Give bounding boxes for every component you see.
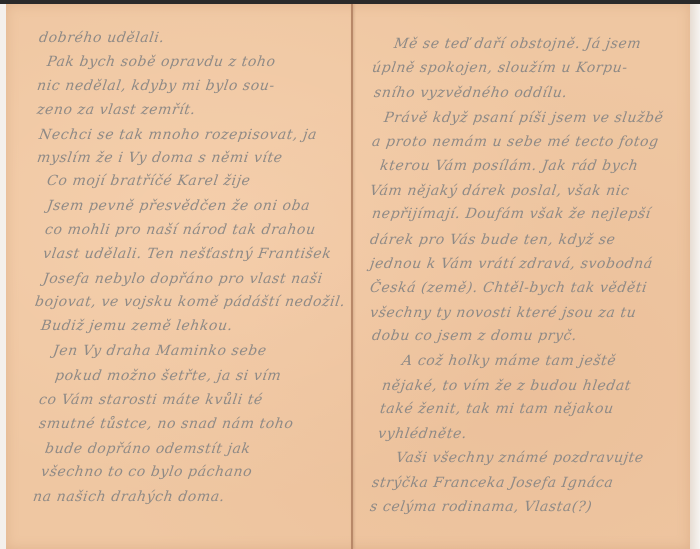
left-page-line: Jsem pevně přesvědčen že oni oba [46, 198, 311, 214]
left-page-line: co mohli pro naší národ tak drahou [44, 222, 317, 238]
left-page-line: Josefa nebylo dopřáno pro vlast naši [42, 271, 324, 287]
right-page-line: úplně spokojen, sloužím u Korpu- [371, 60, 629, 76]
right-page-line: kterou Vám posílám. Jak rád bych [379, 158, 639, 174]
right-page-line: Česká (země). Chtěl-bych tak věděti [369, 280, 648, 296]
left-page-line: smutné tůstce, no snad nám toho [38, 416, 295, 432]
letter-sheet: dobrého udělali.Pak bych sobě opravdu z … [6, 4, 690, 549]
left-page-line: dobrého udělali. [38, 30, 166, 46]
left-page-line: Jen Vy draha Maminko sebe [52, 343, 268, 359]
right-page-line: Právě když psaní píši jsem ve službě [383, 110, 665, 126]
left-page-line: co Vám starosti máte kvůli té [38, 392, 264, 408]
left-page-line: všechno to co bylo páchano [40, 464, 253, 480]
right-page-line: nějaké, to vím že z budou hledat [381, 378, 632, 394]
right-page-line: sního vyzvědného oddílu. [373, 85, 569, 101]
right-page: Mě se teď daří obstojně. Já jsemúplně sp… [353, 4, 690, 549]
left-page: dobrého udělali.Pak bych sobě opravdu z … [6, 4, 351, 549]
right-page-line: dobu co jsem z domu pryč. [371, 328, 578, 344]
right-page-line: všechny ty novosti které jsou za tu [369, 305, 637, 321]
left-page-line: Co mojí bratříčé Karel žije [46, 173, 252, 189]
right-page-line: A což holky máme tam ještě [401, 353, 617, 369]
left-page-line: myslím že i Vy doma s němi víte [36, 150, 284, 166]
left-page-line: pokud možno šetřte, ja si vím [54, 368, 282, 384]
right-page-line: také ženit, tak mi tam nějakou [379, 401, 615, 417]
right-page-line: strýčka Franceka Josefa Ignáca [371, 475, 614, 491]
left-page-line: bude dopřáno odemstít jak [44, 441, 252, 457]
left-page-line: Budiž jemu země lehkou. [40, 318, 234, 334]
left-page-line: zeno za vlast zemřít. [36, 102, 197, 118]
right-page-line: vyhlédněte. [377, 426, 468, 442]
left-page-line: vlast udělali. Ten nešťastný František [42, 246, 332, 262]
scan-right-margin [690, 4, 700, 549]
right-page-line: Vaši všechny známé pozdravujte [395, 450, 645, 466]
left-page-line: nic nedělal, kdyby mi bylo sou- [36, 78, 276, 94]
right-page-line: Vám nějaký dárek poslal, však nic [369, 183, 630, 199]
right-page-line: a proto nemám u sebe mé tecto fotog [371, 134, 660, 150]
right-page-line: Mě se teď daří obstojně. Já jsem [393, 36, 642, 52]
left-page-line: na našich drahých doma. [32, 489, 226, 505]
left-page-line: bojovat, ve vojsku komě pádáští nedožil. [34, 294, 346, 310]
left-page-line: Pak bych sobě opravdu z toho [46, 54, 277, 70]
right-page-line: s celýma rodinama, Vlasta(?) [369, 499, 593, 515]
right-page-line: nepřijímají. Doufám však že nejlepší [371, 206, 652, 222]
right-page-line: jednou k Vám vrátí zdravá, svobodná [369, 256, 654, 272]
right-page-line: dárek pro Vás bude ten, když se [369, 232, 617, 248]
left-page-line: Nechci se tak mnoho rozepisovat, ja [38, 127, 318, 143]
